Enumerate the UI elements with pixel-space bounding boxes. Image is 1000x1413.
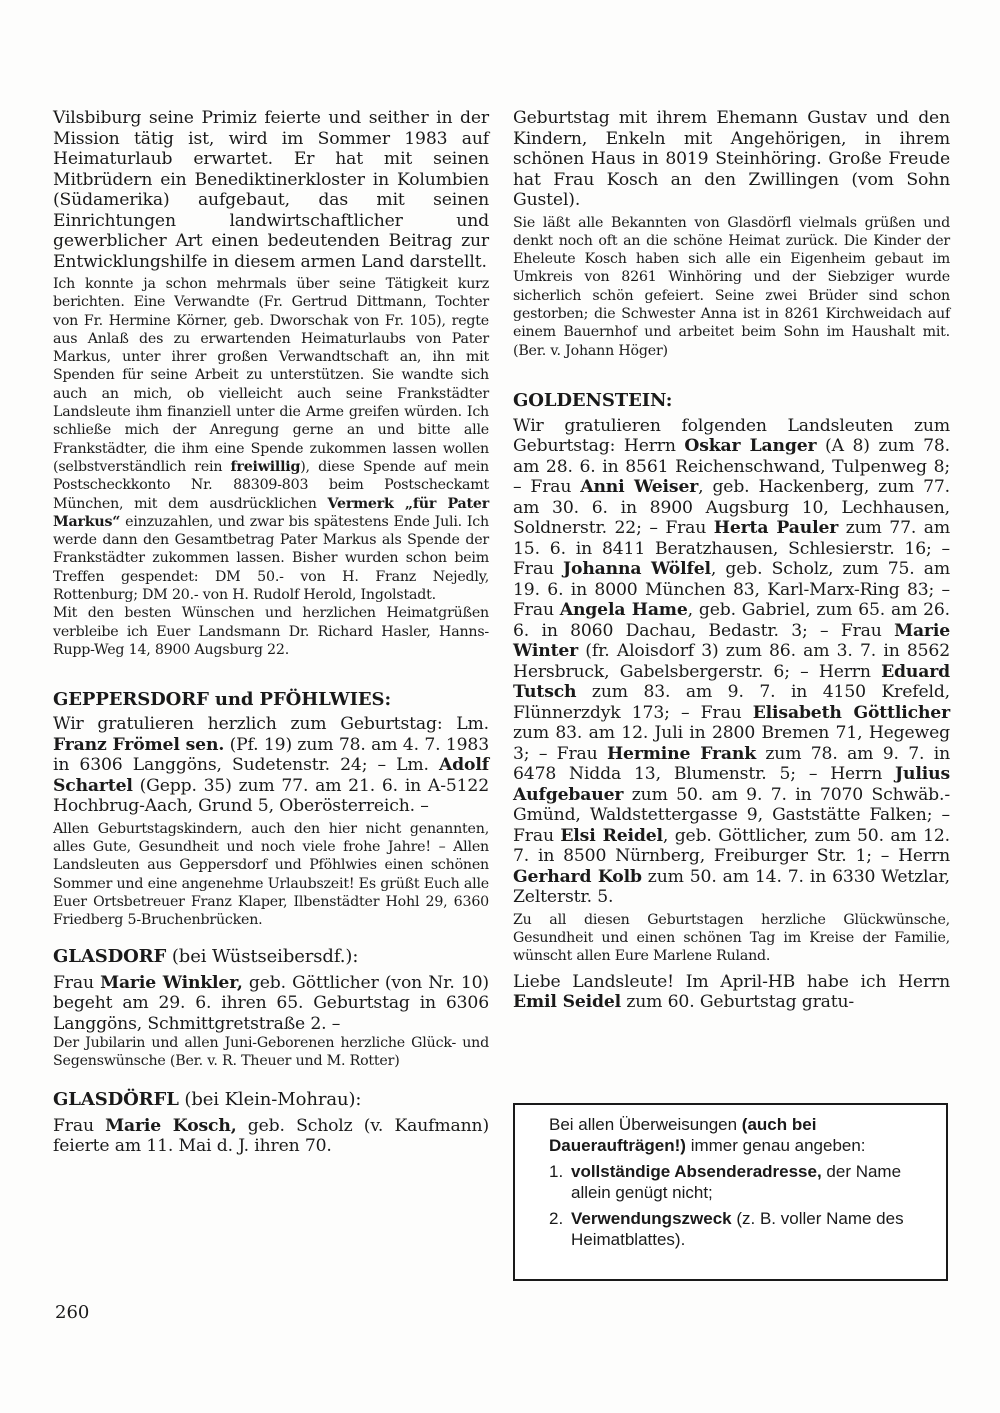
- bank-transfer-notice-box: Bei allen Überweisungen (auch bei Dauera…: [513, 1103, 948, 1281]
- heading-subtext: (bei Wüstseibersdf.):: [166, 946, 358, 967]
- notice-intro: Bei allen Überweisungen (auch bei Dauera…: [549, 1115, 919, 1156]
- goldenstein-greeting: Zu all diesen Geburtstagen herzliche Glü…: [513, 911, 950, 966]
- text-span: Frau: [53, 1116, 105, 1136]
- person-name: Oskar Langer: [684, 436, 816, 456]
- emphasis-freiwillig: freiwillig: [231, 459, 301, 475]
- intro-paragraph: Vilsbiburg seine Primiz feierte und seit…: [53, 108, 489, 272]
- person-name: Johanna Wölfel: [563, 559, 711, 579]
- item-number: 1.: [549, 1162, 563, 1183]
- notice-item: 1.vollständige Absenderadresse, der Name…: [549, 1162, 919, 1203]
- heading-text: GLASDÖRFL: [53, 1089, 179, 1110]
- goldenstein-birthdays: Wir gratulieren folgenden Landsleuten zu…: [513, 416, 950, 908]
- person-name: Hermine Frank: [607, 744, 756, 764]
- glasdorf-greeting: Der Jubilarin und allen Juni-Geborenen h…: [53, 1034, 489, 1071]
- text-span: zum 60. Geburtstag gratu-: [621, 992, 854, 1012]
- section-heading-glasdoerfl: GLASDÖRFL (bei Klein-Mohrau):: [53, 1089, 489, 1111]
- person-name: Gerhard Kolb: [513, 867, 642, 887]
- notice-item: 2.Verwendungszweck (z. B. voller Name de…: [549, 1209, 919, 1250]
- person-name: Elisabeth Göttlicher: [753, 703, 950, 723]
- seidel-paragraph: Liebe Landsleute! Im April-HB habe ich H…: [513, 972, 950, 1013]
- page-number: 260: [55, 1302, 89, 1323]
- person-name: Emil Seidel: [513, 992, 621, 1012]
- person-name: Angela Hame: [560, 600, 688, 620]
- person-name: Anni Weiser: [580, 477, 698, 497]
- right-column: Geburtstag mit ihrem Ehemann Gustav und …: [513, 108, 950, 1013]
- person-name: Franz Frömel sen.: [53, 735, 224, 755]
- text-span: Wir gratulieren herzlich zum Geburtstag:…: [53, 714, 489, 734]
- heading-subtext: (bei Klein-Mohrau):: [179, 1089, 362, 1110]
- text-span: immer genau angeben:: [686, 1136, 866, 1155]
- person-name: Marie Kosch,: [105, 1116, 236, 1136]
- left-column: Vilsbiburg seine Primiz feierte und seit…: [53, 108, 489, 1157]
- notice-list: 1.vollständige Absenderadresse, der Name…: [549, 1162, 919, 1250]
- donation-paragraph: Ich konnte ja schon mehrmals über seine …: [53, 275, 489, 604]
- notice-content: Bei allen Überweisungen (auch bei Dauera…: [549, 1115, 919, 1256]
- item-number: 2.: [549, 1209, 563, 1230]
- person-name: Elsi Reidel: [560, 826, 663, 846]
- section-heading-goldenstein: GOLDENSTEIN:: [513, 390, 950, 412]
- heading-text: GLASDORF: [53, 946, 166, 967]
- item-bold: vollständige Absenderadresse,: [571, 1162, 822, 1181]
- person-name: Marie Winkler,: [100, 973, 243, 993]
- glasdoerfl-birthday: Frau Marie Kosch, geb. Scholz (v. Kaufma…: [53, 1116, 489, 1157]
- person-name: Herta Pauler: [714, 518, 838, 538]
- section-heading-geppersdorf: GEPPERSDORF und PFÖHLWIES:: [53, 689, 489, 711]
- geppersdorf-greeting: Allen Geburtstagskindern, auch den hier …: [53, 820, 489, 930]
- text-span: Ich konnte ja schon mehrmals über seine …: [53, 276, 489, 475]
- geppersdorf-birthdays: Wir gratulieren herzlich zum Geburtstag:…: [53, 714, 489, 817]
- kosch-report: Sie läßt alle Bekannten von Glasdörfl vi…: [513, 214, 950, 360]
- section-heading-glasdorf: GLASDORF (bei Wüstseibersdf.):: [53, 946, 489, 968]
- item-bold: Verwendungszweck: [571, 1209, 732, 1228]
- text-span: Liebe Landsleute! Im April-HB habe ich H…: [513, 972, 950, 992]
- closing-paragraph: Mit den besten Wünschen und herzlichen H…: [53, 604, 489, 659]
- text-span: Bei allen Überweisungen: [549, 1115, 742, 1134]
- glasdorf-birthday: Frau Marie Winkler, geb. Göttlicher (von…: [53, 973, 489, 1035]
- text-span: Frau: [53, 973, 100, 993]
- kosch-continued: Geburtstag mit ihrem Ehemann Gustav und …: [513, 108, 950, 211]
